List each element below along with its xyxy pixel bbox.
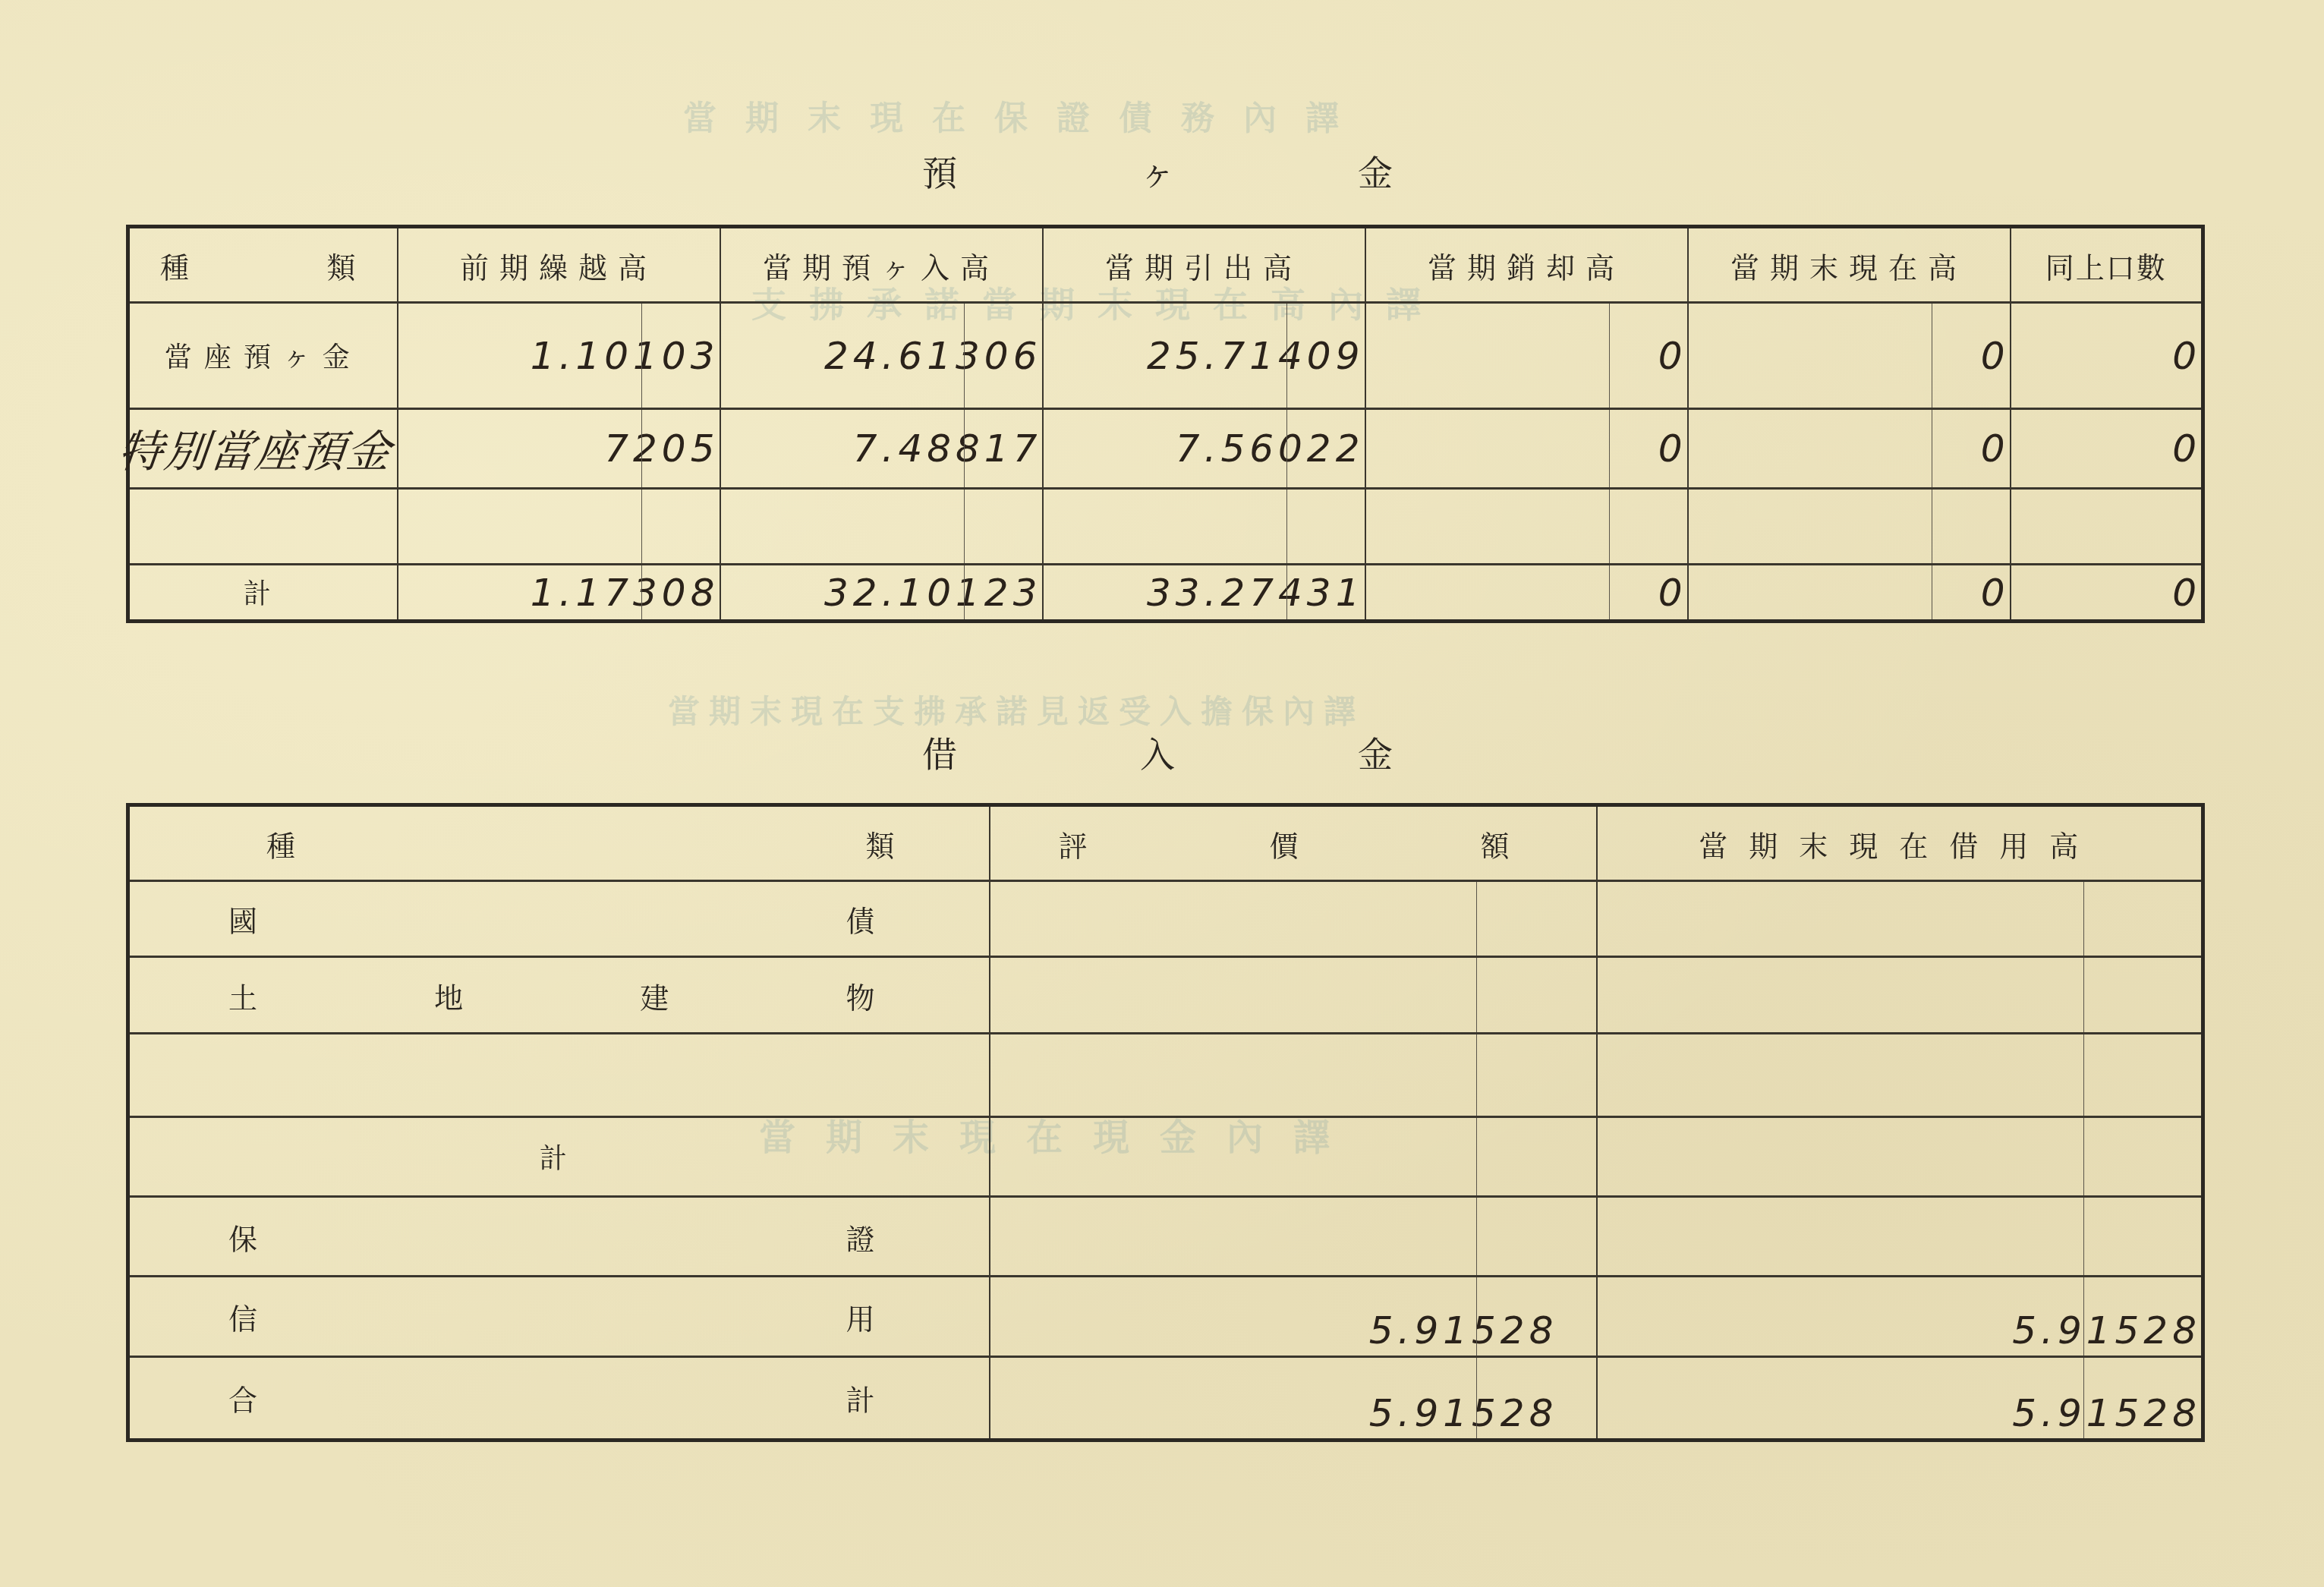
deposits-header-row: 種類 前期繰越高 當期預ヶ入高 當期引出高 當期銷却高 當期末現在高 同上口數 (128, 227, 2203, 303)
valuation-cell (990, 1116, 1597, 1196)
borrowings-title-char: 金 (1358, 727, 1393, 777)
valuation-cell (990, 957, 1597, 1033)
value-carried-forward: 1.10103 (398, 303, 720, 409)
value-carried-forward: 7205 (398, 409, 720, 489)
value-current-balance: 0 (1688, 303, 2011, 409)
table-row-empty (128, 1033, 2203, 1116)
value-deposits-in: 24.61306 (720, 303, 1043, 409)
table-row: 當座預ヶ金 1.10103 24.61306 25.71409 0 0 0 (128, 303, 2203, 409)
value-written-off: 0 (1365, 409, 1688, 489)
header-type: 種類 (128, 805, 990, 881)
empty-cell (128, 1033, 990, 1116)
empty-cell (1597, 1033, 2203, 1116)
total-current-balance: 0 (1688, 565, 2011, 622)
row-label-land-buildings: 土地建物 (128, 957, 990, 1033)
value-written-off: 0 (1365, 303, 1688, 409)
empty-cell (398, 489, 720, 565)
total-withdrawals: 33.27431 (1043, 565, 1365, 622)
borrowings-title-char: 借 (922, 727, 957, 777)
row-label-subtotal: 計 (128, 1116, 990, 1196)
header-carried-forward: 前期繰越高 (398, 227, 720, 303)
total-written-off: 0 (1365, 565, 1688, 622)
row-label-national-bonds: 國債 (128, 881, 990, 957)
table-row: 國債 (128, 881, 2203, 957)
balance-total: 5.91528 (1597, 1356, 2203, 1440)
total-deposits-in: 32.10123 (720, 565, 1043, 622)
empty-cell (2011, 489, 2203, 565)
value-account-count: 0 (2011, 409, 2203, 489)
empty-cell (720, 489, 1043, 565)
balance-cell (1597, 881, 2203, 957)
valuation-guarantee (990, 1197, 1597, 1277)
ghost-heading-top: 當期末現在保證債務內譯 (683, 91, 1368, 140)
valuation-cell (990, 881, 1597, 957)
header-valuation: 評價額 (990, 805, 1597, 881)
empty-cell (1043, 489, 1365, 565)
deposits-title-char: ヶ (1140, 146, 1175, 196)
valuation-total: 5.91528 (990, 1356, 1597, 1440)
deposits-title-char: 金 (1358, 146, 1393, 196)
deposits-title: 預 ヶ 金 (922, 146, 1393, 196)
valuation-credit: 5.91528 (990, 1277, 1597, 1356)
header-current-balance: 當期末現在高 (1688, 227, 2011, 303)
table-row-total: 合計 5.91528 5.91528 (128, 1356, 2203, 1440)
header-borrowing-balance: 當期末現在借用高 (1597, 805, 2203, 881)
borrowings-title-char: 入 (1140, 727, 1175, 777)
value-deposits-in: 7.48817 (720, 409, 1043, 489)
row-label-total: 計 (128, 565, 398, 622)
table-row-subtotal: 計 (128, 1116, 2203, 1196)
balance-credit: 5.91528 (1597, 1277, 2203, 1356)
row-label-guarantee: 保證 (128, 1197, 990, 1277)
header-deposits-in: 當期預ヶ入高 (720, 227, 1043, 303)
total-account-count: 0 (2011, 565, 2203, 622)
row-label-credit: 信用 (128, 1277, 990, 1356)
header-account-count: 同上口數 (2011, 227, 2203, 303)
balance-cell (1597, 957, 2203, 1033)
deposits-table: 種類 前期繰越高 當期預ヶ入高 當期引出高 當期銷却高 當期末現在高 同上口數 … (126, 225, 2205, 623)
ghost-heading-middle: 當期末現在支拂承諾見返受入擔保內譯 (668, 687, 1365, 732)
total-carried-forward: 1.17308 (398, 565, 720, 622)
table-row: 信用 5.91528 5.91528 (128, 1277, 2203, 1356)
balance-cell (1597, 1116, 2203, 1196)
borrowings-table: 種類 評價額 當期末現在借用高 國債 土地建物 計 保證 信用 5.91528 … (126, 803, 2205, 1442)
empty-cell (1365, 489, 1688, 565)
balance-guarantee (1597, 1197, 2203, 1277)
header-written-off: 當期銷却高 (1365, 227, 1688, 303)
table-row: 特別當座預金 7205 7.48817 7.56022 0 0 0 (128, 409, 2203, 489)
header-withdrawals: 當期引出高 (1043, 227, 1365, 303)
empty-cell (990, 1033, 1597, 1116)
row-label-handwritten: 特別當座預金 (128, 409, 398, 489)
table-row: 保證 (128, 1197, 2203, 1277)
table-row-empty (128, 489, 2203, 565)
value-withdrawals: 7.56022 (1043, 409, 1365, 489)
header-type: 種類 (128, 227, 398, 303)
value-withdrawals: 25.71409 (1043, 303, 1365, 409)
borrowings-title: 借 入 金 (922, 727, 1393, 777)
row-label-grand-total: 合計 (128, 1356, 990, 1440)
row-label: 當座預ヶ金 (128, 303, 398, 409)
table-row: 土地建物 (128, 957, 2203, 1033)
borrowings-header-row: 種類 評價額 當期末現在借用高 (128, 805, 2203, 881)
deposits-title-char: 預 (922, 146, 957, 196)
table-row-total: 計 1.17308 32.10123 33.27431 0 0 0 (128, 565, 2203, 622)
empty-cell (1688, 489, 2011, 565)
value-account-count: 0 (2011, 303, 2203, 409)
empty-cell (128, 489, 398, 565)
value-current-balance: 0 (1688, 409, 2011, 489)
